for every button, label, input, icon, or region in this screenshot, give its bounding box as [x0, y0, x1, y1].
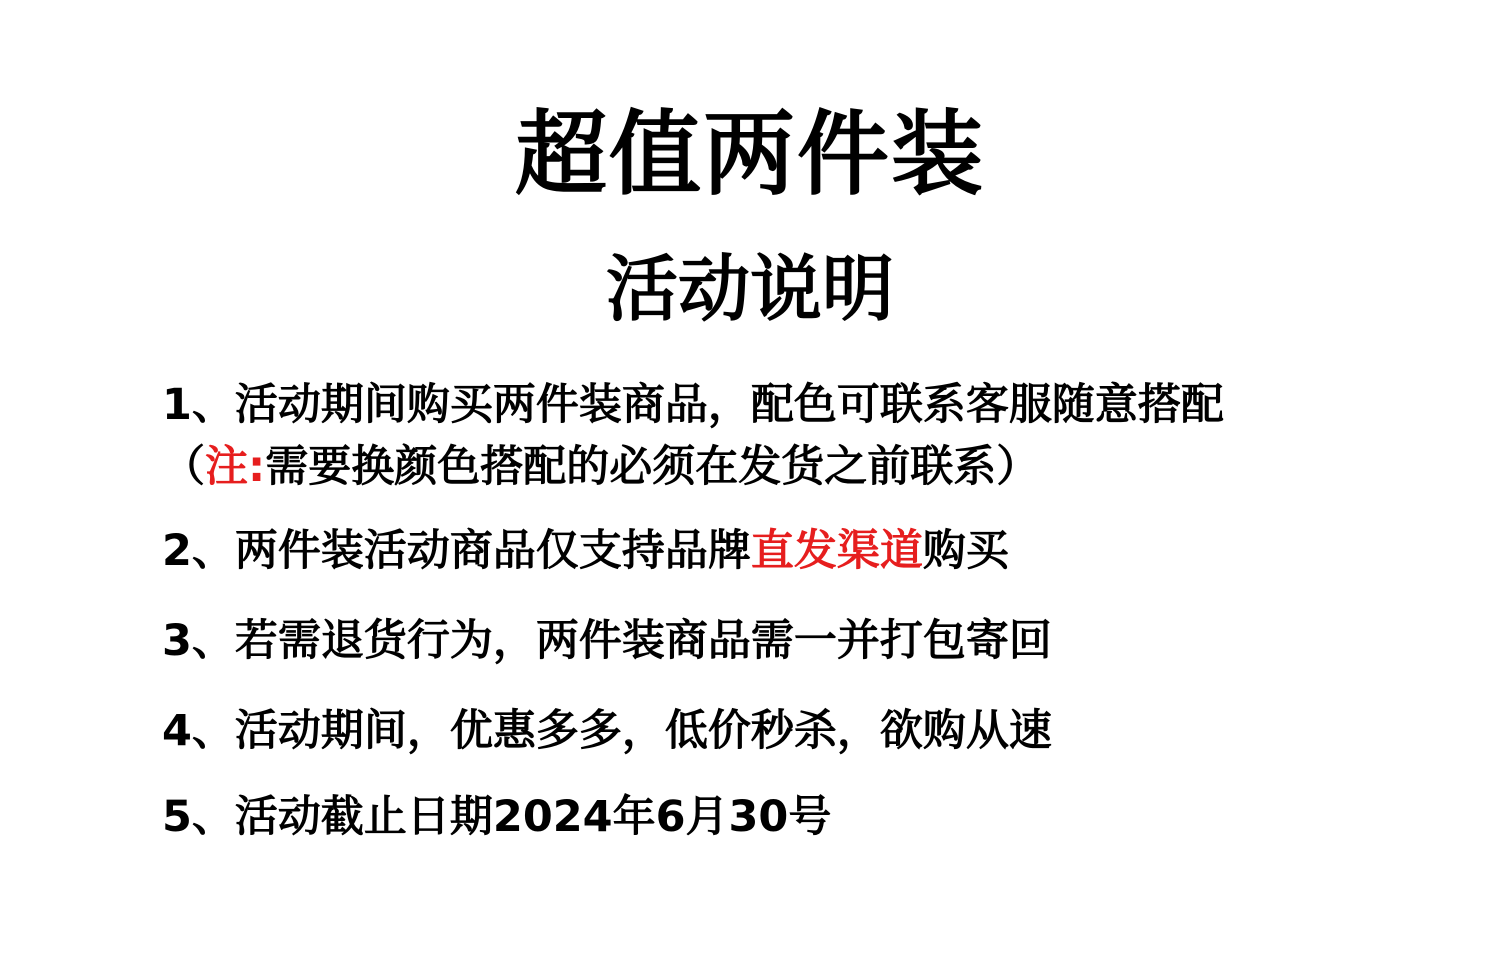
rule-3: 3、若需退货行为，两件装商品需一并打包寄回: [162, 614, 1052, 668]
note-text: 需要换颜色搭配的必须在发货之前联系）: [265, 442, 1039, 492]
page-subtitle: 活动说明: [0, 246, 1500, 332]
rule-1: 1、活动期间购买两件装商品，配色可联系客服随意搭配: [162, 378, 1224, 432]
rule-1-note: （注:需要换颜色搭配的必须在发货之前联系）: [162, 440, 1039, 494]
rule-4: 4、活动期间，优惠多多，低价秒杀，欲购从速: [162, 704, 1052, 758]
rule-2-prefix: 2、两件装活动商品仅支持品牌: [162, 526, 751, 576]
rule-2-suffix: 购买: [923, 526, 1009, 576]
rule-2: 2、两件装活动商品仅支持品牌直发渠道购买: [162, 524, 1009, 578]
note-open-paren: （: [162, 442, 205, 492]
page-title: 超值两件装: [0, 100, 1500, 210]
rule-2-highlight: 直发渠道: [751, 526, 923, 576]
note-label: 注:: [205, 442, 265, 492]
rule-5: 5、活动截止日期2024年6月30号: [162, 790, 831, 844]
